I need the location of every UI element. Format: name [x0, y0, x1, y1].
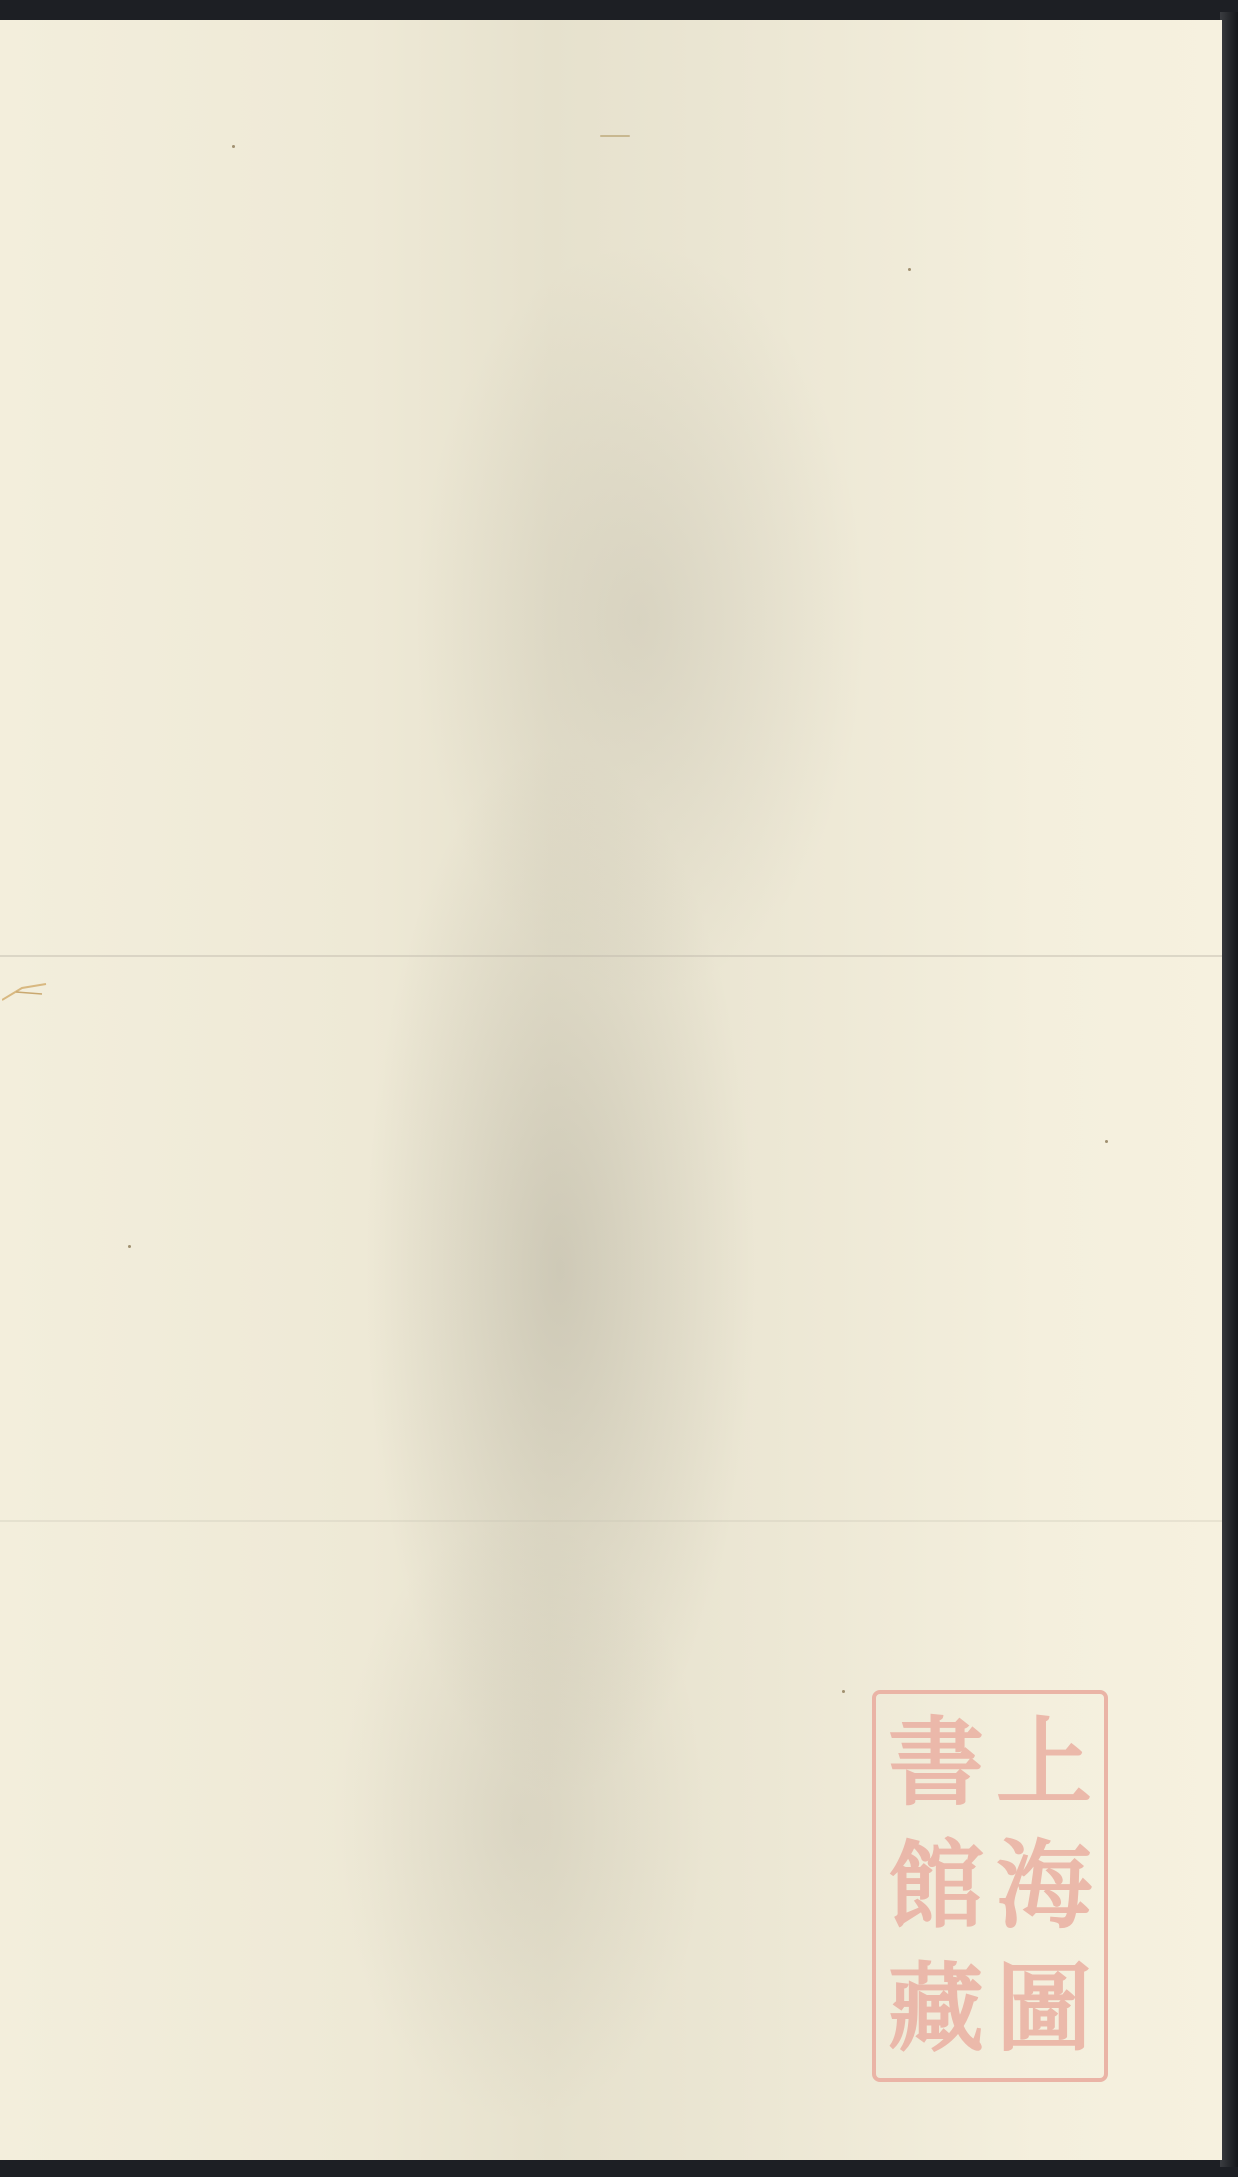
- paper-fiber-mark: [2, 980, 50, 1002]
- seal-character: 海: [990, 1825, 1098, 1948]
- seal-character: 藏: [882, 1947, 990, 2070]
- paper-speck: [128, 1245, 131, 1248]
- paper-speck: [232, 145, 235, 148]
- book-edge-shadow: [1220, 12, 1238, 2167]
- paper-speck: [908, 268, 911, 271]
- paper-fold-line: [0, 955, 1222, 957]
- seal-character: 上: [990, 1702, 1098, 1825]
- paper-speck: [842, 1690, 845, 1693]
- seal-character: 圖: [990, 1947, 1098, 2070]
- library-seal: 上 海 圖 書 館 藏: [872, 1690, 1108, 2082]
- paper-fold-line: [0, 1520, 1222, 1522]
- paper-speck: [600, 135, 630, 137]
- paper-speck: [1105, 1140, 1108, 1143]
- seal-character: 館: [882, 1825, 990, 1948]
- book-page: 上 海 圖 書 館 藏: [0, 20, 1222, 2160]
- seal-character: 書: [882, 1702, 990, 1825]
